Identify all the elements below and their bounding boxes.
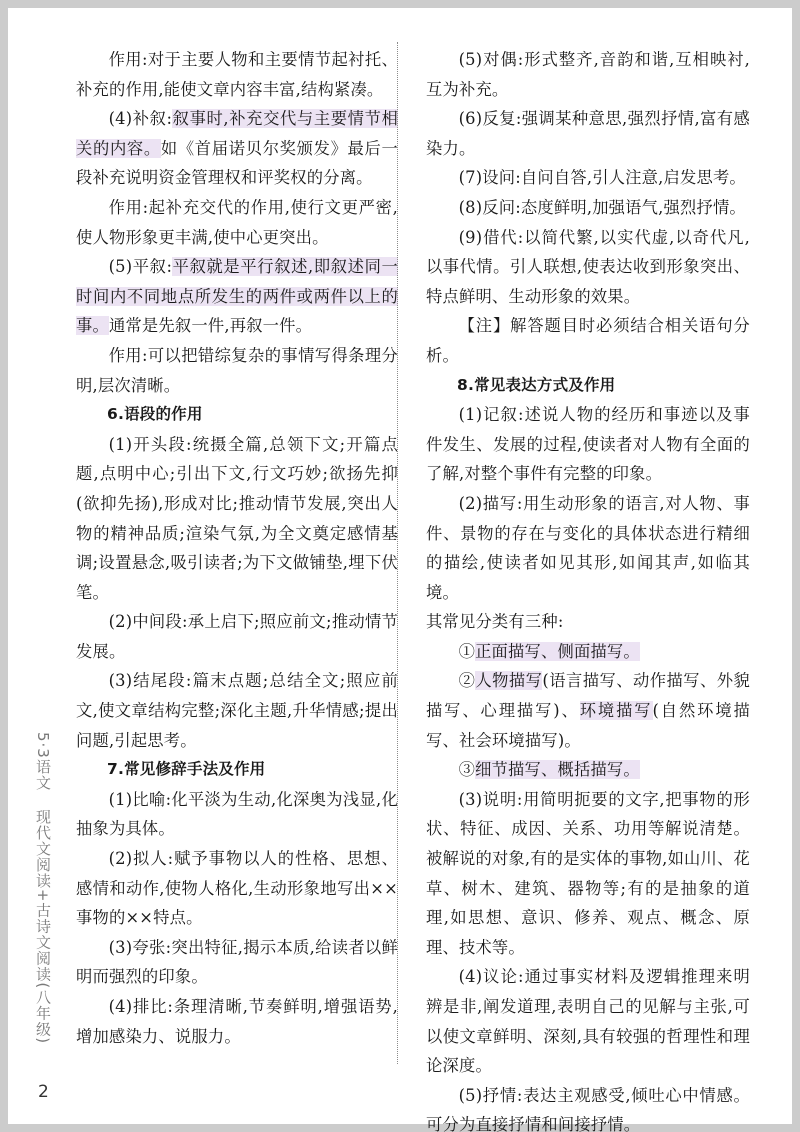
section-heading-7: 7.常见修辞手法及作用 xyxy=(76,755,398,785)
list-item-3: ③细节描写、概括描写。 xyxy=(426,755,750,785)
left-column: 作用:对于主要人物和主要情节起衬托、补充的作用,能使文章内容丰富,结构紧凑。 (… xyxy=(76,45,398,1051)
paragraph-metaphor: (1)比喻:化平淡为生动,化深奥为浅显,化抽象为具体。 xyxy=(76,785,398,844)
paragraph-opening: (1)开头段:统摄全篇,总领下文;开篇点题,点明中心;引出下文,行文巧妙;欲扬先… xyxy=(76,430,398,608)
paragraph-personification: (2)拟人:赋予事物以人的性格、思想、感情和动作,使物人格化,生动形象地写出××… xyxy=(76,844,398,933)
paragraph-description: (2)描写:用生动形象的语言,对人物、事件、景物的存在与变化的具体状态进行精细的… xyxy=(426,489,750,607)
paragraph-rhetorical-q: (7)设问:自问自答,引人注意,启发思考。 xyxy=(426,163,750,193)
paragraph-antithesis: (5)对偶:形式整齐,音韵和谐,互相映衬,互为补充。 xyxy=(426,45,750,104)
paragraph-buxu-effect: 作用:起补充交代的作用,使行文更严密,使人物形象更丰满,使中心更突出。 xyxy=(76,193,398,252)
paragraph-narration: (1)记叙:述说人物的经历和事迹以及事件发生、发展的过程,使读者对人物有全面的了… xyxy=(426,400,750,489)
highlighted-text: 正面描写、侧面描写。 xyxy=(475,642,640,661)
section-heading-8: 8.常见表达方式及作用 xyxy=(426,371,750,401)
paragraph-argumentation: (4)议论:通过事实材料及逻辑推理来明辨是非,阐发道理,表明自己的见解与主张,可… xyxy=(426,962,750,1080)
circled-number: ③ xyxy=(459,760,475,779)
paragraph-text: 通常是先叙一件,再叙一件。 xyxy=(109,316,312,335)
paragraph-repetition: (6)反复:强调某种意思,强烈抒情,富有感染力。 xyxy=(426,104,750,163)
series-name: 5·3语文 xyxy=(34,732,52,791)
highlighted-text: 人物描写 xyxy=(475,671,542,690)
section-heading-6: 6.语段的作用 xyxy=(76,400,398,430)
paragraph-supplement-effect: 作用:对于主要人物和主要情节起衬托、补充的作用,能使文章内容丰富,结构紧凑。 xyxy=(76,45,398,104)
column-divider xyxy=(397,42,398,1064)
paragraph-description-types: 其常见分类有三种: xyxy=(426,607,750,637)
book-title: 现代文阅读+古诗文阅读(八年级) xyxy=(34,809,52,1044)
paragraph-hyperbole: (3)夸张:突出特征,揭示本质,给读者以鲜明而强烈的印象。 xyxy=(76,933,398,992)
paragraph-exposition: (3)说明:用简明扼要的文字,把事物的形状、特征、成因、关系、功用等解说清楚。被… xyxy=(426,785,750,963)
highlighted-text: 环境描写 xyxy=(580,701,653,720)
paragraph-buxu: (4)补叙:叙事时,补充交代与主要情节相关的内容。如《首届诺贝尔奖颁发》最后一段… xyxy=(76,104,398,193)
paragraph-middle: (2)中间段:承上启下;照应前文;推动情节发展。 xyxy=(76,607,398,666)
circled-number: ① xyxy=(459,642,475,661)
paragraph-metonymy: (9)借代:以简代繁,以实代虚,以奇代凡,以事代情。引人联想,使表达收到形象突出… xyxy=(426,223,750,312)
highlighted-text: 细节描写、概括描写。 xyxy=(475,760,640,779)
paragraph-parallelism: (4)排比:条理清晰,节奏鲜明,增强语势,增加感染力、说服力。 xyxy=(76,992,398,1051)
item-label: (4)补叙: xyxy=(109,109,173,128)
circled-number: ② xyxy=(459,671,476,690)
item-label: (5)平叙: xyxy=(109,257,173,276)
list-item-1: ①正面描写、侧面描写。 xyxy=(426,637,750,667)
paragraph-rhetorical-question: (8)反问:态度鲜明,加强语气,强烈抒情。 xyxy=(426,193,750,223)
book-title-side-label: 5·3语文现代文阅读+古诗文阅读(八年级) xyxy=(32,732,54,1044)
paragraph-pingxu: (5)平叙:平叙就是平行叙述,即叙述同一时间内不同地点所发生的两件或两件以上的事… xyxy=(76,252,398,341)
note: 【注】解答题目时必须结合相关语句分析。 xyxy=(426,311,750,370)
right-column: (5)对偶:形式整齐,音韵和谐,互相映衬,互为补充。 (6)反复:强调某种意思,… xyxy=(426,45,750,1132)
document-page: 作用:对于主要人物和主要情节起衬托、补充的作用,能使文章内容丰富,结构紧凑。 (… xyxy=(8,8,792,1124)
paragraph-ending: (3)结尾段:篇末点题;总结全文;照应前文,使文章结构完整;深化主题,升华情感;… xyxy=(76,666,398,755)
list-item-2: ②人物描写(语言描写、动作描写、外貌描写、心理描写)、环境描写(自然环境描写、社… xyxy=(426,666,750,755)
paragraph-lyricism: (5)抒情:表达主观感受,倾吐心中情感。可分为直接抒情和间接抒情。 xyxy=(426,1081,750,1132)
paragraph-pingxu-effect: 作用:可以把错综复杂的事情写得条理分明,层次清晰。 xyxy=(76,341,398,400)
page-number: 2 xyxy=(38,1082,49,1102)
